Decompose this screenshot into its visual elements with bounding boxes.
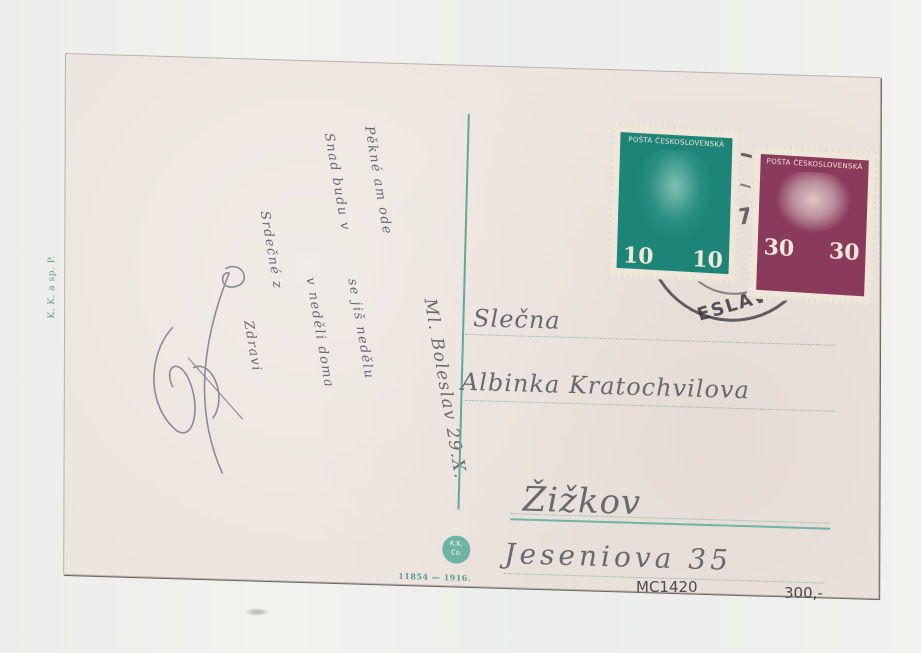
publisher-imprint: K. K. a sp. P. — [47, 255, 57, 319]
address-street: Jeseniova 35 — [504, 537, 732, 577]
print-number: 11854 — 1916. — [398, 571, 471, 583]
stamp-10h: POŠTA ČESKOSLOVENSKÁ 10 10 — [607, 123, 742, 284]
stamp-country: POŠTA ČESKOSLOVENSKÁ — [628, 135, 724, 148]
stamp-value: 30 — [829, 238, 861, 266]
postcard: K. K. a sp. P. Pěkné am ode Snad budu v … — [64, 54, 880, 598]
dealer-code: MC1420 — [636, 578, 698, 596]
logo-line: Co. — [442, 548, 470, 558]
dealer-price: 300,- — [784, 584, 823, 602]
ink-smudge — [244, 608, 270, 616]
stamp-value: 10 — [692, 246, 723, 274]
stamp-value: 30 — [763, 234, 795, 262]
stamp-country: POŠTA ČESKOSLOVENSKÁ — [766, 157, 862, 171]
stamp-value: 10 — [623, 242, 654, 270]
freedom-allegory-icon — [774, 170, 852, 236]
publisher-logo: K.K. Co. — [442, 535, 470, 564]
monogram-flourish-icon — [133, 256, 264, 480]
stamp-30h: POŠTA ČESKOSLOVENSKÁ 30 30 — [747, 144, 878, 305]
address-salutation: Slečna — [473, 304, 561, 335]
dove-icon — [634, 148, 715, 243]
